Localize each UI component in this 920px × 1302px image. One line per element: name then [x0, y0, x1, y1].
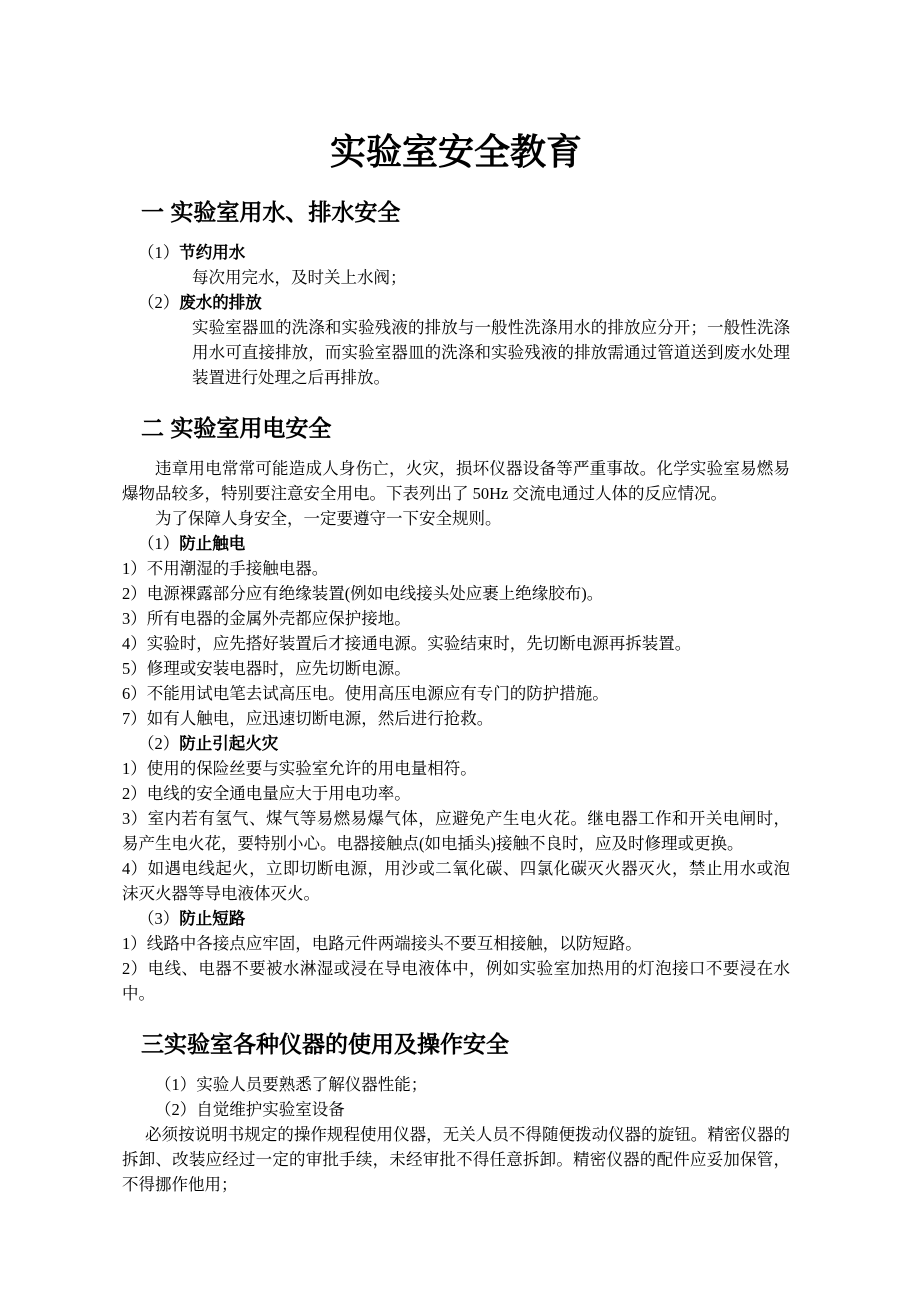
subheading-number: （1）: [138, 534, 179, 553]
subheading-label: 防止短路: [179, 909, 245, 928]
numbered-item: 4）如遇电线起火，立即切断电源，用沙或二氧化碳、四氯化碳灭火器灭火，禁止用水或泡…: [122, 856, 790, 906]
numbered-subheading: （1）防止触电: [122, 531, 790, 556]
numbered-subheading: （2）防止引起火灾: [122, 731, 790, 756]
document-title: 实验室安全教育: [122, 130, 790, 174]
numbered-item: 2）电线的安全通电量应大于用电功率。: [122, 781, 790, 806]
section-instrument-safety: 三实验室各种仪器的使用及操作安全 （1）实验人员要熟悉了解仪器性能； （2）自觉…: [122, 1029, 790, 1197]
subheading-number: （1）: [138, 243, 179, 262]
numbered-item: 5）修理或安装电器时，应先切断电源。: [122, 656, 790, 681]
document-content: 实验室安全教育 一 实验室用水、排水安全 （1）节约用水 每次用完水，及时关上水…: [122, 130, 790, 1197]
section-2-heading: 二 实验室用电安全: [122, 413, 790, 443]
section-water-safety: 一 实验室用水、排水安全 （1）节约用水 每次用完水，及时关上水阀； （2）废水…: [122, 197, 790, 390]
numbered-item: 3）所有电器的金属外壳都应保护接地。: [122, 606, 790, 631]
subheading-label: 防止引起火灾: [179, 734, 278, 753]
section-3-heading: 三实验室各种仪器的使用及操作安全: [122, 1029, 790, 1059]
numbered-item: 2）电线、电器不要被水淋湿或浸在导电液体中，例如实验室加热用的灯泡接口不要浸在水…: [122, 956, 790, 1006]
numbered-item: （1）实验人员要熟悉了解仪器性能；: [122, 1072, 790, 1097]
numbered-subheading: （3）防止短路: [122, 906, 790, 931]
paragraph: 违章用电常常可能造成人身伤亡，火灾，损坏仪器设备等严重事故。化学实验室易燃易爆物…: [122, 456, 790, 506]
numbered-item: 7）如有人触电，应迅速切断电源，然后进行抢救。: [122, 706, 790, 731]
subheading-number: （3）: [138, 909, 179, 928]
subheading-number: （2）: [138, 293, 179, 312]
numbered-item: 2）电源裸露部分应有绝缘装置(例如电线接头处应裹上绝缘胶布)。: [122, 581, 790, 606]
numbered-subheading: （2）废水的排放: [122, 290, 790, 315]
subheading-label: 防止触电: [179, 534, 245, 553]
numbered-item: （2）自觉维护实验室设备: [122, 1097, 790, 1122]
document-page: 实验室安全教育 一 实验室用水、排水安全 （1）节约用水 每次用完水，及时关上水…: [0, 0, 920, 1302]
section-electricity-safety: 二 实验室用电安全 违章用电常常可能造成人身伤亡，火灾，损坏仪器设备等严重事故。…: [122, 413, 790, 1006]
subheading-number: （2）: [138, 734, 179, 753]
numbered-item: 1）线路中各接点应牢固，电路元件两端接头不要互相接触，以防短路。: [122, 931, 790, 956]
paragraph: 为了保障人身安全，一定要遵守一下安全规则。: [122, 506, 790, 531]
numbered-item: 1）使用的保险丝要与实验室允许的用电量相符。: [122, 756, 790, 781]
subheading-label: 节约用水: [179, 243, 245, 262]
subheading-label: 废水的排放: [179, 293, 262, 312]
paragraph: 必须按说明书规定的操作规程使用仪器，无关人员不得随便拨动仪器的旋钮。精密仪器的拆…: [122, 1122, 790, 1197]
numbered-item: 1）不用潮湿的手接触电器。: [122, 556, 790, 581]
numbered-item: 4）实验时，应先搭好装置后才接通电源。实验结束时，先切断电源再拆装置。: [122, 631, 790, 656]
numbered-item: 3）室内若有氢气、煤气等易燃易爆气体，应避免产生电火花。继电器工作和开关电闸时，…: [122, 806, 790, 856]
indented-paragraph: 每次用完水，及时关上水阀；: [122, 265, 790, 290]
section-1-heading: 一 实验室用水、排水安全: [122, 197, 790, 227]
indented-paragraph: 实验室器皿的洗涤和实验残液的排放与一般性洗涤用水的排放应分开；一般性洗涤用水可直…: [122, 315, 790, 390]
numbered-subheading: （1）节约用水: [122, 240, 790, 265]
numbered-item: 6）不能用试电笔去试高压电。使用高压电源应有专门的防护措施。: [122, 681, 790, 706]
